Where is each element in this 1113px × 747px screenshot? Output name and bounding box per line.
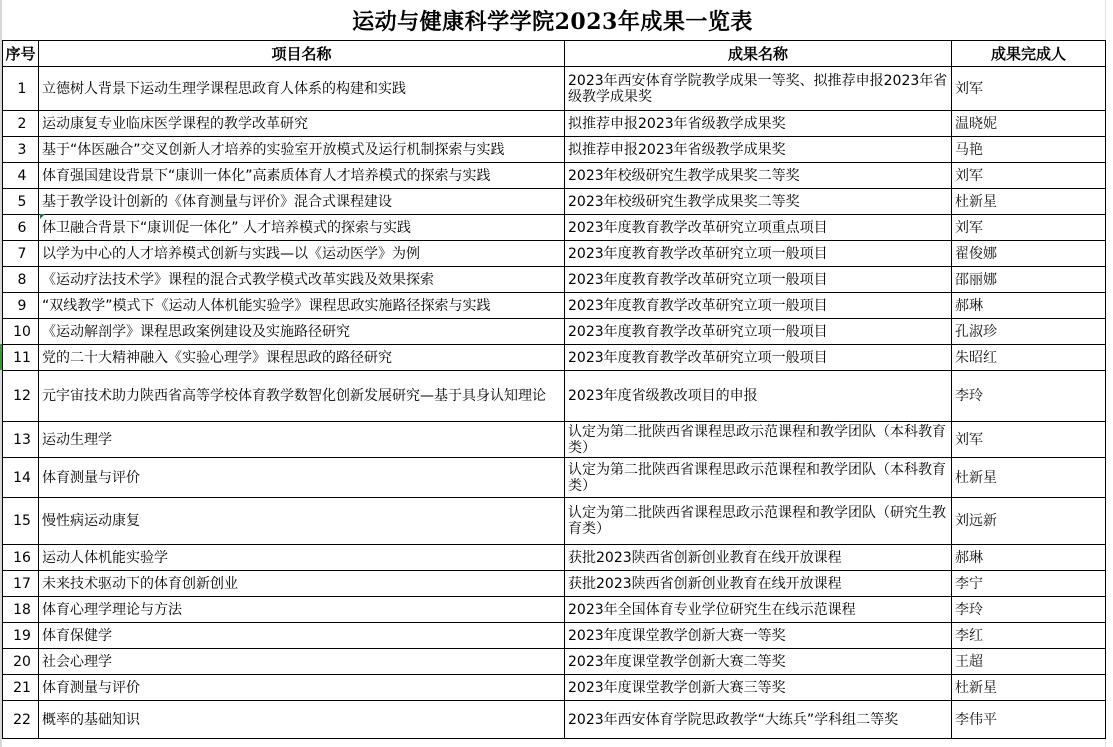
cell-person[interactable]: 朱昭红 (952, 345, 1106, 371)
cell-person[interactable]: 刘军 (952, 163, 1106, 189)
cell-achievement[interactable]: 2023年西安体育学院教学成果一等奖、拟推荐申报2023年省级教学成果奖 (565, 67, 952, 111)
cell-project[interactable]: 运动生理学 (39, 422, 565, 458)
cell-index[interactable]: 1 (3, 67, 39, 111)
cell-achievement[interactable]: 2023年度教育教学改革研究立项一般项目 (565, 319, 952, 345)
cell-achievement[interactable]: 2023年校级研究生教学成果奖二等奖 (565, 189, 952, 215)
cell-achievement[interactable]: 认定为第二批陕西省课程思政示范课程和教学团队（研究生教育类） (565, 498, 952, 545)
header-row: 序号 项目名称 成果名称 成果完成人 (3, 41, 1106, 67)
cell-index[interactable]: 16 (3, 545, 39, 571)
header-achievement-name[interactable]: 成果名称 (565, 41, 952, 67)
cell-index[interactable]: 4 (3, 163, 39, 189)
cell-index[interactable]: 20 (3, 649, 39, 675)
cell-index[interactable]: 9 (3, 293, 39, 319)
cell-person[interactable]: 刘军 (952, 215, 1106, 241)
cell-index[interactable]: 2 (3, 111, 39, 137)
cell-achievement[interactable]: 拟推荐申报2023年省级教学成果奖 (565, 111, 952, 137)
cell-index[interactable]: 19 (3, 623, 39, 649)
header-index[interactable]: 序号 (3, 41, 39, 67)
cell-person[interactable]: 邵丽娜 (952, 267, 1106, 293)
table-row: 15 慢性病运动康复 认定为第二批陕西省课程思政示范课程和教学团队（研究生教育类… (3, 498, 1106, 545)
cell-person[interactable]: 马艳 (952, 137, 1106, 163)
cell-project[interactable]: 党的二十大精神融入《实验心理学》课程思政的路径研究 (39, 345, 565, 371)
cell-person[interactable]: 刘军 (952, 67, 1106, 111)
row-selection-marker (0, 344, 2, 370)
cell-achievement[interactable]: 2023年全国体育专业学位研究生在线示范课程 (565, 597, 952, 623)
cell-project[interactable]: 社会心理学 (39, 649, 565, 675)
table-row: 19 体育保健学 2023年度课堂教学创新大赛一等奖 李红 (3, 623, 1106, 649)
cell-index[interactable]: 7 (3, 241, 39, 267)
cell-project[interactable]: 以学为中心的人才培养模式创新与实践—以《运动医学》为例 (39, 241, 565, 267)
cell-achievement[interactable]: 2023年校级研究生教学成果奖二等奖 (565, 163, 952, 189)
table-row: 10 《运动解剖学》课程思政案例建设及实施路径研究 2023年度教育教学改革研究… (3, 319, 1106, 345)
table-row: 17 未来技术驱动下的体育创新创业 获批2023陕西省创新创业教育在线开放课程 … (3, 571, 1106, 597)
cell-achievement[interactable]: 2023年度教育教学改革研究立项一般项目 (565, 241, 952, 267)
cell-project[interactable]: 立德树人背景下运动生理学课程思政育人体系的构建和实践 (39, 67, 565, 111)
table-row: 20 社会心理学 2023年度课堂教学创新大赛二等奖 王超 (3, 649, 1106, 675)
cell-project[interactable]: 慢性病运动康复 (39, 498, 565, 545)
cell-project[interactable]: 元宇宙技术助力陕西省高等学校体育教学数智化创新发展研究—基于具身认知理论 (39, 371, 565, 422)
cell-index[interactable]: 3 (3, 137, 39, 163)
table-row: 7 以学为中心的人才培养模式创新与实践—以《运动医学》为例 2023年度教育教学… (3, 241, 1106, 267)
table-row: 9 “双线教学”模式下《运动人体机能实验学》课程思政实施路径探索与实践 2023… (3, 293, 1106, 319)
cell-person[interactable]: 温晓妮 (952, 111, 1106, 137)
cell-index[interactable]: 22 (3, 701, 39, 739)
table-row: 3 基于“体医融合”交叉创新人才培养的实验室开放模式及运行机制探索与实践 拟推荐… (3, 137, 1106, 163)
table-row: 4 体育强国建设背景下“康训一体化”高素质体育人才培养模式的探索与实践 2023… (3, 163, 1106, 189)
table-row: 11 党的二十大精神融入《实验心理学》课程思政的路径研究 2023年度教育教学改… (3, 345, 1106, 371)
cell-project[interactable]: 体育测量与评价 (39, 458, 565, 498)
table-row: 18 体育心理学理论与方法 2023年全国体育专业学位研究生在线示范课程 李玲 (3, 597, 1106, 623)
table-row: 16 运动人体机能实验学 获批2023陕西省创新创业教育在线开放课程 郝琳 (3, 545, 1106, 571)
cell-index[interactable]: 21 (3, 675, 39, 701)
cell-index[interactable]: 5 (3, 189, 39, 215)
cell-index[interactable]: 6 (3, 215, 39, 241)
cell-achievement[interactable]: 2023年度教育教学改革研究立项一般项目 (565, 345, 952, 371)
cell-achievement[interactable]: 2023年西安体育学院思政教学“大练兵”学科组二等奖 (565, 701, 952, 739)
cell-index[interactable]: 13 (3, 422, 39, 458)
table-row: 21 体育测量与评价 2023年度课堂教学创新大赛三等奖 杜新星 (3, 675, 1106, 701)
cell-project[interactable]: “双线教学”模式下《运动人体机能实验学》课程思政实施路径探索与实践 (39, 293, 565, 319)
cell-person[interactable]: 李玲 (952, 597, 1106, 623)
cell-person[interactable]: 杜新星 (952, 458, 1106, 498)
cell-project[interactable]: 体育测量与评价 (39, 675, 565, 701)
cell-index[interactable]: 15 (3, 498, 39, 545)
cell-person[interactable]: 李玲 (952, 371, 1106, 422)
cell-achievement[interactable]: 2023年度教育教学改革研究立项一般项目 (565, 267, 952, 293)
cell-index[interactable]: 12 (3, 371, 39, 422)
cell-achievement[interactable]: 拟推荐申报2023年省级教学成果奖 (565, 137, 952, 163)
cell-achievement[interactable]: 获批2023陕西省创新创业教育在线开放课程 (565, 545, 952, 571)
cell-project[interactable]: 《运动疗法技术学》课程的混合式教学模式改革实践及效果探索 (39, 267, 565, 293)
sheet-title[interactable]: 运动与健康科学学院2023年成果一览表 (0, 0, 1105, 40)
cell-achievement[interactable]: 2023年度省级教改项目的申报 (565, 371, 952, 422)
cell-person[interactable]: 刘远新 (952, 498, 1106, 545)
table-row: 1 立德树人背景下运动生理学课程思政育人体系的构建和实践 2023年西安体育学院… (3, 67, 1106, 111)
cell-achievement[interactable]: 2023年度课堂教学创新大赛一等奖 (565, 623, 952, 649)
cell-person[interactable]: 王超 (952, 649, 1106, 675)
cell-project[interactable]: 基于教学设计创新的《体育测量与评价》混合式课程建设 (39, 189, 565, 215)
cell-achievement[interactable]: 获批2023陕西省创新创业教育在线开放课程 (565, 571, 952, 597)
header-completed-by[interactable]: 成果完成人 (952, 41, 1106, 67)
cell-person[interactable]: 郝琳 (952, 545, 1106, 571)
cell-achievement[interactable]: 2023年度课堂教学创新大赛三等奖 (565, 675, 952, 701)
table-row: 14 体育测量与评价 认定为第二批陕西省课程思政示范课程和教学团队（本科教育类）… (3, 458, 1106, 498)
table-row: 6 体卫融合背景下“康训促一体化” 人才培养模式的探索与实践 2023年度教育教… (3, 215, 1106, 241)
comment-indicator (40, 214, 45, 219)
cell-index[interactable]: 17 (3, 571, 39, 597)
cell-project[interactable]: 基于“体医融合”交叉创新人才培养的实验室开放模式及运行机制探索与实践 (39, 137, 565, 163)
cell-person[interactable]: 郝琳 (952, 293, 1106, 319)
cell-person[interactable]: 杜新星 (952, 189, 1106, 215)
cell-person[interactable]: 翟俊娜 (952, 241, 1106, 267)
cell-project[interactable]: 体育心理学理论与方法 (39, 597, 565, 623)
table-row: 22 概率的基础知识 2023年西安体育学院思政教学“大练兵”学科组二等奖 李伟… (3, 701, 1106, 739)
table-row: 2 运动康复专业临床医学课程的教学改革研究 拟推荐申报2023年省级教学成果奖 … (3, 111, 1106, 137)
cell-project[interactable]: 体卫融合背景下“康训促一体化” 人才培养模式的探索与实践 (39, 215, 565, 241)
cell-achievement[interactable]: 认定为第二批陕西省课程思政示范课程和教学团队（本科教育类） (565, 422, 952, 458)
cell-index[interactable]: 14 (3, 458, 39, 498)
cell-achievement[interactable]: 2023年度教育教学改革研究立项一般项目 (565, 293, 952, 319)
table-row: 13 运动生理学 认定为第二批陕西省课程思政示范课程和教学团队（本科教育类） 刘… (3, 422, 1106, 458)
cell-person[interactable]: 李伟平 (952, 701, 1106, 739)
header-project-name[interactable]: 项目名称 (39, 41, 565, 67)
cell-project[interactable]: 概率的基础知识 (39, 701, 565, 739)
cell-person[interactable]: 李宁 (952, 571, 1106, 597)
cell-project[interactable]: 运动康复专业临床医学课程的教学改革研究 (39, 111, 565, 137)
cell-index[interactable]: 8 (3, 267, 39, 293)
cell-project[interactable]: 未来技术驱动下的体育创新创业 (39, 571, 565, 597)
cell-index[interactable]: 11 (3, 345, 39, 371)
cell-index[interactable]: 10 (3, 319, 39, 345)
cell-person[interactable]: 李红 (952, 623, 1106, 649)
achievements-table: 序号 项目名称 成果名称 成果完成人 1 立德树人背景下运动生理学课程思政育人体… (2, 40, 1106, 739)
cell-project[interactable]: 体育强国建设背景下“康训一体化”高素质体育人才培养模式的探索与实践 (39, 163, 565, 189)
cell-person[interactable]: 杜新星 (952, 675, 1106, 701)
cell-project[interactable]: 体育保健学 (39, 623, 565, 649)
cell-achievement[interactable]: 2023年度课堂教学创新大赛二等奖 (565, 649, 952, 675)
cell-achievement[interactable]: 2023年度教育教学改革研究立项重点项目 (565, 215, 952, 241)
table-row: 8 《运动疗法技术学》课程的混合式教学模式改革实践及效果探索 2023年度教育教… (3, 267, 1106, 293)
table-row: 12 元宇宙技术助力陕西省高等学校体育教学数智化创新发展研究—基于具身认知理论 … (3, 371, 1106, 422)
cell-index[interactable]: 18 (3, 597, 39, 623)
cell-project[interactable]: 运动人体机能实验学 (39, 545, 565, 571)
cell-person[interactable]: 刘军 (952, 422, 1106, 458)
table-row: 5 基于教学设计创新的《体育测量与评价》混合式课程建设 2023年校级研究生教学… (3, 189, 1106, 215)
cell-achievement[interactable]: 认定为第二批陕西省课程思政示范课程和教学团队（本科教育类） (565, 458, 952, 498)
cell-project[interactable]: 《运动解剖学》课程思政案例建设及实施路径研究 (39, 319, 565, 345)
cell-person[interactable]: 孔淑珍 (952, 319, 1106, 345)
